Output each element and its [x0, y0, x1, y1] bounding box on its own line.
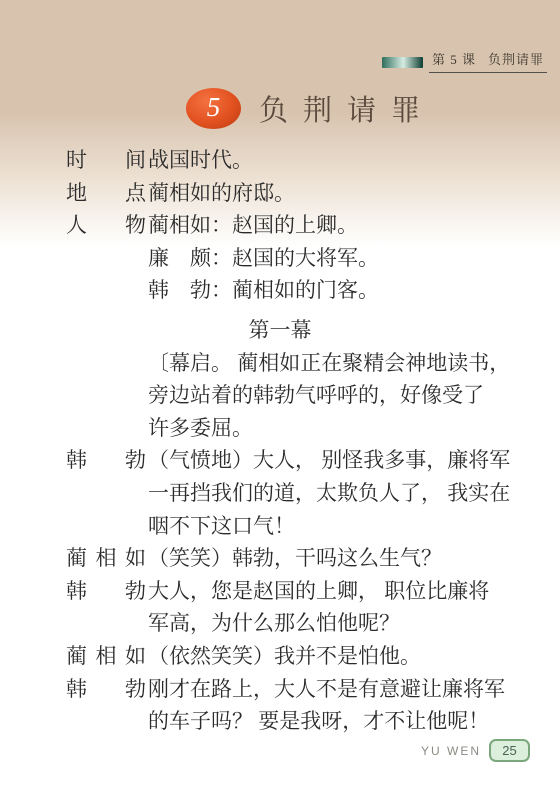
meta-value-characters: 蔺相如：赵国的上卿。 廉 颇：赵国的大将军。 韩 勃：蔺相如的门客。	[148, 209, 522, 307]
book-name: YU WEN	[421, 744, 481, 758]
speaker-name: 蔺相如	[66, 542, 146, 575]
page-number-badge: 25	[489, 739, 530, 762]
text-line: 的车子吗？ 要是我呀，才不让他呢！	[148, 705, 522, 738]
text-line: 韩 勃：蔺相如的门客。	[148, 274, 522, 307]
meta-label-characters: 人物	[66, 209, 146, 307]
dialogue-text: 大人，您是赵国的上卿， 职位比廉将 军高，为什么那么怕他呢？	[148, 575, 522, 640]
text-line: 廉 颇：赵国的大将军。	[148, 242, 522, 275]
lesson-number-badge: 5	[186, 88, 241, 129]
dialogue-row: 韩勃 刚才在路上，大人不是有意避让廉将军 的车子吗？ 要是我呀，才不让他呢！	[66, 673, 522, 738]
text-line: 许多委屈。	[148, 412, 522, 445]
dialogue-row: 蔺相如 （笑笑）韩勃，干吗这么生气？	[66, 542, 522, 575]
header-decoration-bar-icon	[382, 57, 423, 68]
text-line: 一再挡我们的道，太欺负人了， 我实在	[148, 477, 522, 510]
dialogue-row: 韩勃 （气愤地）大人， 别怪我多事，廉将军 一再挡我们的道，太欺负人了， 我实在…	[66, 444, 522, 542]
dialogue-text: 刚才在路上，大人不是有意避让廉将军 的车子吗？ 要是我呀，才不让他呢！	[148, 673, 522, 738]
meta-row-place: 地点 蔺相如的府邸。	[66, 177, 522, 210]
dialogue-row: 韩勃 大人，您是赵国的上卿， 职位比廉将 军高，为什么那么怕他呢？	[66, 575, 522, 640]
lesson-title: 负荆请罪	[259, 88, 435, 129]
dialogue-text: （依然笑笑）我并不是怕他。	[148, 640, 522, 673]
dialogue-text: （气愤地）大人， 别怪我多事，廉将军 一再挡我们的道，太欺负人了， 我实在 咽不…	[148, 444, 522, 542]
text-line: 大人，您是赵国的上卿， 职位比廉将	[148, 575, 522, 608]
act-title: 第一幕	[0, 314, 560, 347]
meta-value-time: 战国时代。	[148, 144, 522, 177]
text-line: 蔺相如：赵国的上卿。	[148, 209, 522, 242]
lesson-title-label: 负荆请罪	[488, 52, 544, 67]
text-line: 〔幕启。 蔺相如正在聚精会神地读书，	[148, 347, 522, 380]
text-line: （气愤地）大人， 别怪我多事，廉将军	[148, 444, 522, 477]
text-line: 咽不下这口气！	[148, 510, 522, 543]
text-line: 战国时代。	[148, 144, 522, 177]
speaker-name: 蔺相如	[66, 640, 146, 673]
lesson-title-block: 5 负荆请罪	[186, 88, 435, 129]
lesson-number: 5	[207, 94, 221, 121]
speaker-name: 韩勃	[66, 575, 146, 640]
speaker-name: 韩勃	[66, 673, 146, 738]
meta-row-characters: 人物 蔺相如：赵国的上卿。 廉 颇：赵国的大将军。 韩 勃：蔺相如的门客。	[66, 209, 522, 307]
lesson-number-label: 第 5 课	[432, 52, 476, 67]
text-line: 旁边站着的韩勃气呼呼的，好像受了	[148, 379, 522, 412]
text-line: （依然笑笑）我并不是怕他。	[148, 640, 522, 673]
stage-direction: 〔幕启。 蔺相如正在聚精会神地读书， 旁边站着的韩勃气呼呼的，好像受了 许多委屈…	[148, 347, 522, 445]
text-line: 蔺相如的府邸。	[148, 177, 522, 210]
meta-label-time: 时间	[66, 144, 146, 177]
speaker-name: 韩勃	[66, 444, 146, 542]
text-line: 军高，为什么那么怕他呢？	[148, 607, 522, 640]
textbook-page: 第 5 课负荆请罪 5 负荆请罪 时间 战国时代。 地点 蔺相如的府邸。 人物 …	[0, 0, 560, 797]
meta-value-place: 蔺相如的府邸。	[148, 177, 522, 210]
dialogue-row: 蔺相如 （依然笑笑）我并不是怕他。	[66, 640, 522, 673]
meta-label-place: 地点	[66, 177, 146, 210]
text-line: （笑笑）韩勃，干吗这么生气？	[148, 542, 522, 575]
play-script: 时间 战国时代。 地点 蔺相如的府邸。 人物 蔺相如：赵国的上卿。 廉 颇：赵国…	[66, 144, 522, 738]
meta-row-time: 时间 战国时代。	[66, 144, 522, 177]
text-line: 刚才在路上，大人不是有意避让廉将军	[148, 673, 522, 706]
dialogue-text: （笑笑）韩勃，干吗这么生气？	[148, 542, 522, 575]
page-footer: YU WEN 25	[421, 739, 530, 762]
lesson-header: 第 5 课负荆请罪	[382, 49, 547, 73]
lesson-header-text: 第 5 课负荆请罪	[429, 49, 547, 73]
